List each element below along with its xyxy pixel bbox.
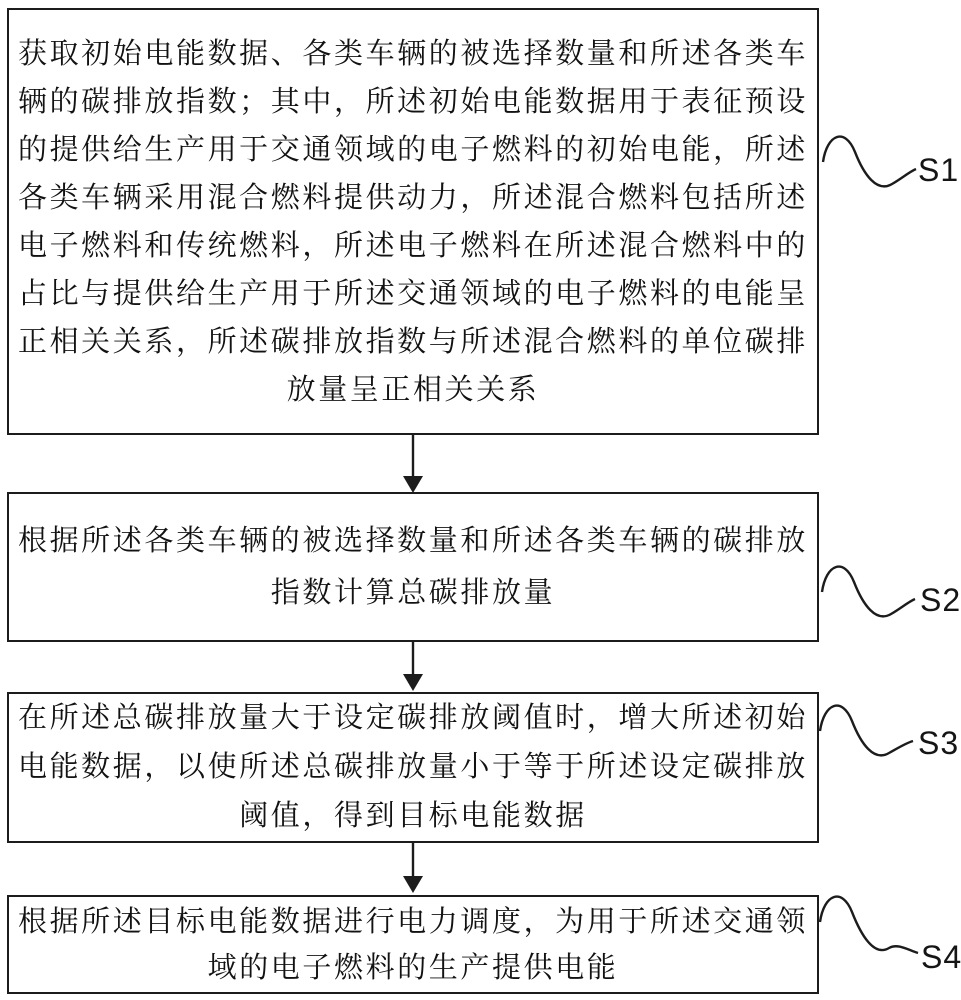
step-s2-text: 根据所述各类车辆的被选择数量和所述各类车辆的碳排放 指数计算总碳排放量 xyxy=(9,515,817,619)
flow-step-box-s4: 根据所述目标电能数据进行电力调度，为用于所述交通领 域的电子燃料的生产提供电能 xyxy=(7,895,819,994)
squiggle-s2 xyxy=(822,567,915,617)
squiggle-s1 xyxy=(823,137,916,187)
arrow-head-1-icon xyxy=(403,476,423,493)
flow-step-box-s1: 获取初始电能数据、各类车辆的被选择数量和所述各类车 辆的碳排放指数；其中，所述初… xyxy=(7,8,819,435)
arrow-head-2-icon xyxy=(403,674,423,691)
step-s1-text: 获取初始电能数据、各类车辆的被选择数量和所述各类车 辆的碳排放指数；其中，所述初… xyxy=(9,30,817,414)
step-s3-text: 在所述总碳排放量大于设定碳排放阈值时，增大所述初始 电能数据，以使所述总碳排放量… xyxy=(9,694,817,841)
squiggle-s3 xyxy=(820,706,913,756)
patent-flowchart-figure: 获取初始电能数据、各类车辆的被选择数量和所述各类车 辆的碳排放指数；其中，所述初… xyxy=(0,0,961,1000)
step-label-s2: S2 xyxy=(920,584,961,616)
flow-step-box-s2: 根据所述各类车辆的被选择数量和所述各类车辆的碳排放 指数计算总碳排放量 xyxy=(7,492,819,642)
step-label-s1: S1 xyxy=(918,154,959,186)
arrow-head-3-icon xyxy=(403,876,423,893)
squiggle-s4 xyxy=(820,897,918,953)
flow-step-box-s3: 在所述总碳排放量大于设定碳排放阈值时，增大所述初始 电能数据，以使所述总碳排放量… xyxy=(7,692,819,843)
step-label-s4: S4 xyxy=(921,941,961,973)
step-s4-text: 根据所述目标电能数据进行电力调度，为用于所述交通领 域的电子燃料的生产提供电能 xyxy=(9,899,817,991)
step-label-s3: S3 xyxy=(918,727,959,759)
